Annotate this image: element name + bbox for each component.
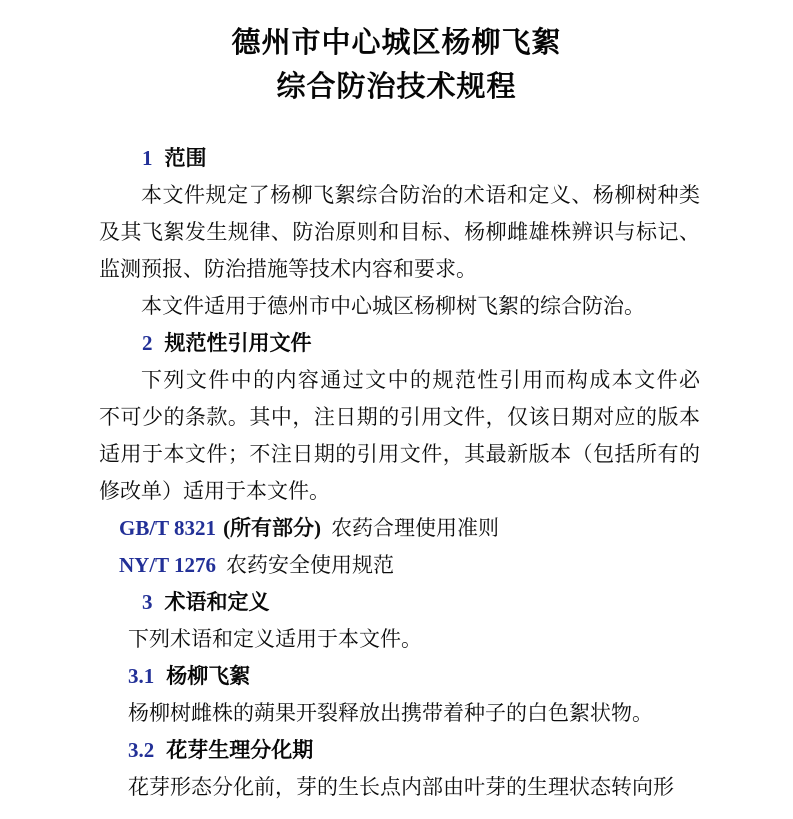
- section-2-title: 规范性引用文件: [165, 332, 312, 355]
- term-3-1-heading: 3.1杨柳飞絮: [99, 658, 700, 695]
- paragraph-line: 及其飞絮发生规律、防治原则和目标、杨柳雌雄株辨识与标记、: [99, 214, 700, 251]
- reference-code: NY/T 1276: [119, 553, 216, 577]
- document-title-line-1: 德州市中心城区杨柳飞絮: [0, 21, 793, 65]
- term-3-1-title: 杨柳飞絮: [166, 665, 250, 688]
- term-3-2-heading: 3.2花芽生理分化期: [99, 732, 700, 769]
- section-1-title: 范围: [165, 147, 207, 170]
- paragraph-line: 本文件适用于德州市中心城区杨柳树飞絮的综合防治。: [99, 288, 700, 325]
- reference-qualifier: (所有部分): [223, 516, 321, 540]
- term-3-2-definition: 花芽形态分化前，芽的生长点内部由叶芽的生理状态转向形: [99, 769, 700, 806]
- reference-title: 农药合理使用准则: [331, 516, 499, 540]
- reference-item-gbt8321: GB/T 8321(所有部分)农药合理使用准则: [99, 510, 700, 547]
- section-1-heading: 1范围: [99, 140, 700, 177]
- section-1-number: 1: [142, 146, 153, 170]
- section-2-number: 2: [142, 331, 153, 355]
- document-page: 德州市中心城区杨柳飞絮 综合防治技术规程 1范围 本文件规定了杨柳飞絮综合防治的…: [0, 0, 793, 819]
- section-2-heading: 2规范性引用文件: [99, 325, 700, 362]
- paragraph-line: 监测预报、防治措施等技术内容和要求。: [99, 251, 700, 288]
- paragraph-line: 下列术语和定义适用于本文件。: [99, 621, 700, 658]
- paragraph-line: 不可少的条款。其中，注日期的引用文件，仅该日期对应的版本: [99, 399, 700, 436]
- document-body: 1范围 本文件规定了杨柳飞絮综合防治的术语和定义、杨柳树种类 及其飞絮发生规律、…: [99, 140, 700, 806]
- term-3-1-number: 3.1: [128, 664, 154, 688]
- section-3-heading: 3术语和定义: [99, 584, 700, 621]
- document-title: 德州市中心城区杨柳飞絮 综合防治技术规程: [0, 0, 793, 109]
- paragraph-line: 适用于本文件；不注日期的引用文件，其最新版本（包括所有的: [99, 436, 700, 473]
- paragraph-line: 本文件规定了杨柳飞絮综合防治的术语和定义、杨柳树种类: [99, 177, 700, 214]
- term-3-2-number: 3.2: [128, 738, 154, 762]
- reference-code: GB/T 8321: [119, 516, 216, 540]
- term-3-1-definition: 杨柳树雌株的蒴果开裂释放出携带着种子的白色絮状物。: [99, 695, 700, 732]
- term-3-2-title: 花芽生理分化期: [166, 739, 313, 762]
- document-title-line-2: 综合防治技术规程: [0, 65, 793, 109]
- reference-title: 农药安全使用规范: [226, 553, 394, 577]
- section-3-title: 术语和定义: [165, 591, 270, 614]
- reference-item-nyt1276: NY/T 1276农药安全使用规范: [99, 547, 700, 584]
- paragraph-line: 下列文件中的内容通过文中的规范性引用而构成本文件必: [99, 362, 700, 399]
- paragraph-line: 修改单）适用于本文件。: [99, 473, 700, 510]
- section-3-number: 3: [142, 590, 153, 614]
